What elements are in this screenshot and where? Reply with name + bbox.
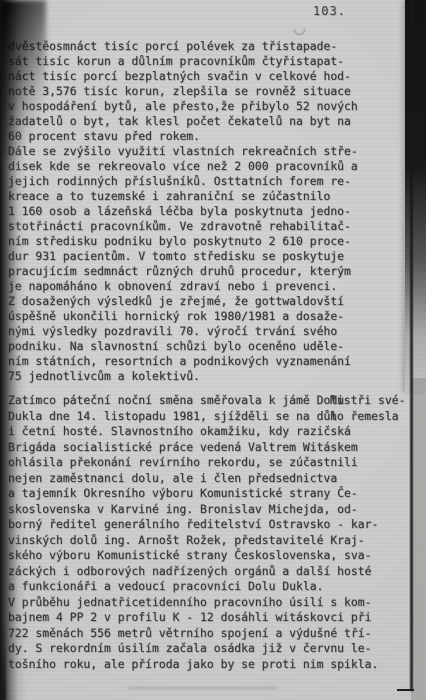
- text-line: kreace a to tuzemské i zahraniční se zúč…: [8, 189, 358, 204]
- text-line: dvěstěosmnáct tisíc porcí polévek za tři…: [8, 39, 358, 54]
- text-line: borný ředitel generálního ředitelství Os…: [8, 517, 378, 533]
- smudge-mark: [294, 29, 305, 35]
- text-line: podniku. Na slavnostní schůzi bylo oceně…: [8, 339, 358, 354]
- text-line: V průběhu jednatřicetidenního pracovního…: [8, 595, 378, 611]
- body-text-block-1: dvěstěosmnáct tisíc porcí polévek za tři…: [8, 39, 358, 384]
- text-line: 1 160 osob a lázeňská léčba byla poskytn…: [8, 204, 358, 219]
- text-line: úspěšně ukončili hornický rok 1980/1981 …: [8, 309, 358, 324]
- bottom-left-edge-shadow: [0, 620, 6, 700]
- text-line: nejen zaměstnanci dolu, ale i člen předs…: [8, 471, 378, 487]
- right-page-edge-line: [410, 0, 413, 691]
- text-line: Zatímco páteční noční směna směřovala k …: [8, 393, 378, 409]
- text-line: nými výsledky pozdravili 70. výročí trvá…: [8, 324, 358, 339]
- text-line: dy. S rekordním úsilím začala osádka již…: [8, 641, 378, 657]
- text-line: 722 směnách 556 metrů větrního spojení a…: [8, 626, 378, 642]
- text-line: záckých i odborových nadřízených orgánů …: [8, 564, 378, 580]
- text-line: Mistři své-: [330, 393, 405, 409]
- text-line: pracujícím sedmnáct různých druhů proced…: [8, 264, 358, 279]
- text-line: ním státních, resortních a podnikových v…: [8, 354, 358, 369]
- text-line: sát tisíc korun a důlním pracovníkům čty…: [8, 54, 358, 69]
- text-line: tošního roku, ale příroda jako by se pro…: [8, 657, 378, 673]
- text-line: Brigáda socialistické práce vedená Valtr…: [8, 440, 378, 456]
- text-line: Z dosažených výsledků je zřejmé, že gott…: [8, 294, 358, 309]
- text-line: ského výboru Komunistické strany Českosl…: [8, 548, 378, 564]
- scanned-page: 103. dvěstěosmnáct tisíc porcí polévek z…: [0, 0, 426, 700]
- text-line: je napomáháno k obnovení zdraví nebo i p…: [8, 279, 358, 294]
- text-line: i četní hosté. Slavnostního okamžiku, kd…: [8, 424, 378, 440]
- text-line: ho řemesla: [330, 409, 405, 425]
- text-line: Dukla dne 14. listopadu 1981, sjížděli s…: [8, 409, 378, 425]
- text-line: 75 jednotlivcům a kolektivů.: [8, 369, 358, 384]
- text-line: ohlásila překonání revírního rekordu, se…: [8, 455, 378, 471]
- text-line: v hospodáření bytů, ale přesto,že přibyl…: [8, 99, 358, 114]
- text-line: skoslovenska v Karviné ing. Bronislav Mi…: [8, 502, 378, 518]
- text-line: disek kde se rekreovalo více než 2 000 p…: [8, 159, 358, 174]
- top-left-corner-shadow: [0, 0, 46, 160]
- text-line: dur 931 pacientům. V tomto středisku se …: [8, 249, 358, 264]
- text-line: ním středisku podniku bylo poskytnuto 2 …: [8, 234, 358, 249]
- text-line: vinských dolů ing. Arnošt Rožek, předsta…: [8, 533, 378, 549]
- page-number: 103.: [313, 4, 346, 18]
- text-line: náct tisíc porcí bezplatných svačin v ce…: [8, 69, 358, 84]
- margin-note: Mistři své-ho řemesla: [330, 393, 405, 424]
- right-binding-shadow: [405, 0, 426, 392]
- text-line: notě 3,576 tisíc korun, zlepšila se rovn…: [8, 84, 358, 99]
- text-line: a funkcionáři a vedoucí pracovníci Dolu …: [8, 579, 378, 595]
- right-scan-shading: [411, 378, 426, 700]
- bottom-right-edge-mark: [397, 689, 414, 692]
- text-line: bajnem 4 PP 2 v profilu K - 12 dosáhli w…: [8, 610, 378, 626]
- text-line: a tajemník Okresního výboru Komunistické…: [8, 486, 378, 502]
- smudge-mark: [128, 687, 278, 689]
- text-line: jejich rodinných příslušníků. Osttatních…: [8, 174, 358, 189]
- text-line: žadatelů o byt, tak klesl počet čekatelů…: [8, 114, 358, 129]
- text-line: stotřinácti pracovníkům. Ve zdravotně re…: [8, 219, 358, 234]
- text-line: Dále se zvýšilo využití vlastních rekrea…: [8, 144, 358, 159]
- text-line: 60 procent stavu před rokem.: [8, 129, 358, 144]
- body-text-block-2: Zatímco páteční noční směna směřovala k …: [8, 393, 378, 672]
